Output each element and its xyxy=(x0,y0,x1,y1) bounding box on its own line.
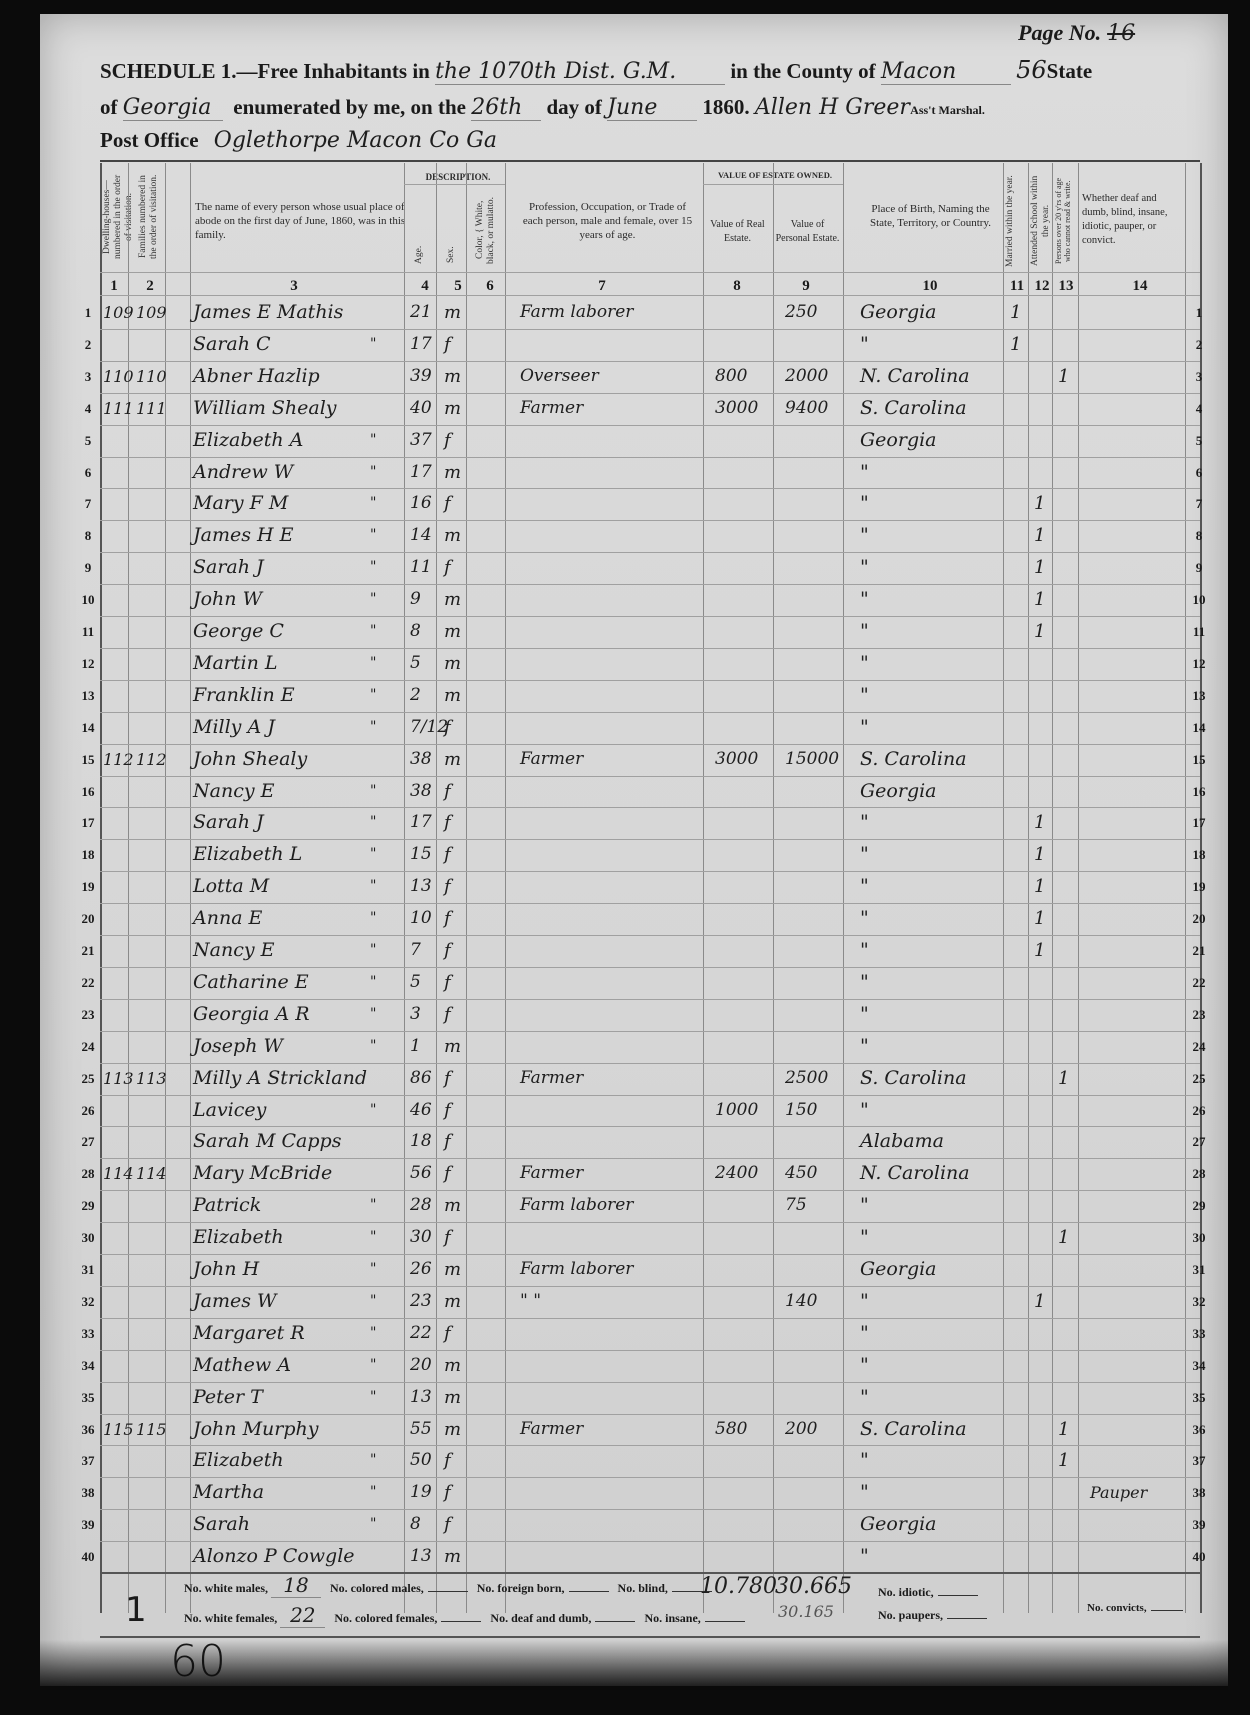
table-row: 2727Sarah M Capps18fAlabama xyxy=(100,1126,1200,1157)
line-number-left: 35 xyxy=(76,1382,100,1413)
table-row: 3939Sarah"8fGeorgia xyxy=(100,1509,1200,1540)
occupation: Farm laborer xyxy=(520,297,633,328)
line-number-left: 38 xyxy=(76,1477,100,1508)
age: 46 xyxy=(410,1095,432,1126)
age: 14 xyxy=(410,520,432,551)
person-name: William Shealy xyxy=(193,393,337,424)
table-row: 1313Franklin E"2m" xyxy=(100,680,1200,711)
line-number-left: 23 xyxy=(76,999,100,1030)
birthplace: " xyxy=(860,807,869,838)
surname-ditto: " xyxy=(370,680,376,711)
age: 2 xyxy=(410,680,421,711)
age: 5 xyxy=(410,967,421,998)
line-number-left: 4 xyxy=(76,393,100,424)
birthplace: " xyxy=(860,1445,869,1476)
birthplace: " xyxy=(860,616,869,647)
age: 37 xyxy=(410,425,432,456)
attended-school: 1 xyxy=(1034,584,1045,615)
line-number-left: 10 xyxy=(76,584,100,615)
line-number-left: 29 xyxy=(76,1190,100,1221)
total-personal-estate: 30.665 xyxy=(775,1574,852,1599)
header-rule xyxy=(100,160,1200,162)
line-number-right: 17 xyxy=(1187,807,1211,838)
col-14-header: Whether deaf and dumb, blind, insane, id… xyxy=(1082,192,1182,248)
age: 7/12 xyxy=(410,712,448,743)
surname-ditto: " xyxy=(370,776,376,807)
grid-hline xyxy=(703,184,843,185)
post-office-field: Oglethorpe Macon Co Ga xyxy=(214,128,497,153)
line-number-right: 7 xyxy=(1187,488,1211,519)
occupation: Farmer xyxy=(520,744,583,775)
table-row: 1717Sarah J"17f"1 xyxy=(100,807,1200,838)
surname-ditto: " xyxy=(370,520,376,551)
birthplace: " xyxy=(860,1286,869,1317)
col-12-header: Attended School within the year. xyxy=(1030,172,1052,270)
person-name: Catharine E xyxy=(193,967,309,998)
col-3-header: The name of every person whose usual pla… xyxy=(195,200,410,242)
line-number-left: 11 xyxy=(76,616,100,647)
surname-ditto: " xyxy=(370,1509,376,1540)
dwelling-number: 111 xyxy=(103,393,134,424)
line-number-right: 10 xyxy=(1187,584,1211,615)
cannot-read-write: 1 xyxy=(1058,1445,1069,1476)
real-estate-value: 3000 xyxy=(715,393,758,424)
page-number-struck: 16 xyxy=(1107,21,1135,46)
line-number-left: 14 xyxy=(76,712,100,743)
surname-ditto: " xyxy=(370,616,376,647)
table-row: 1919Lotta M"13f"1 xyxy=(100,871,1200,902)
line-number-left: 21 xyxy=(76,935,100,966)
line-number-left: 30 xyxy=(76,1222,100,1253)
table-row: 88James H E"14m"1 xyxy=(100,520,1200,551)
occupation: Farm laborer xyxy=(520,1190,633,1221)
col-1-header: Dwelling-houses—numbered in the order of… xyxy=(102,172,128,262)
white-females-count: 22 xyxy=(280,1603,325,1628)
dwelling-number: 112 xyxy=(103,744,134,775)
age: 22 xyxy=(410,1318,432,1349)
personal-estate-value: 140 xyxy=(785,1286,817,1317)
birthplace: S. Carolina xyxy=(860,1414,967,1445)
real-estate-value: 800 xyxy=(715,361,747,392)
birthplace: " xyxy=(860,520,869,551)
dwelling-number: 114 xyxy=(103,1158,134,1189)
line-number-right: 15 xyxy=(1187,744,1211,775)
real-estate-value: 580 xyxy=(715,1414,747,1445)
person-name: Sarah xyxy=(193,1509,250,1540)
line-number-right: 16 xyxy=(1187,776,1211,807)
age: 39 xyxy=(410,361,432,392)
cannot-read-write: 1 xyxy=(1058,1414,1069,1445)
surname-ditto: " xyxy=(370,999,376,1030)
table-row: 2929Patrick"28mFarm laborer75" xyxy=(100,1190,1200,1221)
table-row: 3838Martha"19f"Pauper xyxy=(100,1477,1200,1508)
line-number-right: 1 xyxy=(1187,297,1211,328)
sex: m xyxy=(444,361,461,392)
col-9-header: Value of Personal Estate. xyxy=(775,218,840,246)
surname-ditto: " xyxy=(370,552,376,583)
line-number-left: 37 xyxy=(76,1445,100,1476)
table-row: 1010John W"9m"1 xyxy=(100,584,1200,615)
table-row: 1414Milly A J"7/12f" xyxy=(100,712,1200,743)
person-name: James E Mathis xyxy=(193,297,343,328)
personal-estate-value: 200 xyxy=(785,1414,817,1445)
page-number: Page No.16 xyxy=(1018,20,1135,46)
birthplace: " xyxy=(860,839,869,870)
age: 17 xyxy=(410,329,432,360)
line-number-left: 33 xyxy=(76,1318,100,1349)
attended-school: 1 xyxy=(1034,839,1045,870)
birthplace: " xyxy=(860,871,869,902)
total-real-estate: 10.780 xyxy=(700,1574,777,1599)
line-number-right: 5 xyxy=(1187,425,1211,456)
person-name: John W xyxy=(193,584,262,615)
personal-estate-value: 15000 xyxy=(785,744,839,775)
line-number-left: 20 xyxy=(76,903,100,934)
sex: f xyxy=(444,871,451,902)
attended-school: 1 xyxy=(1034,807,1045,838)
personal-estate-value: 150 xyxy=(785,1095,817,1126)
person-name: Anna E xyxy=(193,903,262,934)
personal-estate-value: 9400 xyxy=(785,393,828,424)
table-row: 3131John H"26mFarm laborerGeorgia xyxy=(100,1254,1200,1285)
age: 18 xyxy=(410,1126,432,1157)
sex: f xyxy=(444,999,451,1030)
person-name: Franklin E xyxy=(193,680,295,711)
family-number: 111 xyxy=(136,393,167,424)
line-number-left: 2 xyxy=(76,329,100,360)
age: 16 xyxy=(410,488,432,519)
personal-estate-correction: 30.165 xyxy=(778,1602,834,1621)
tally-mark: 1 xyxy=(125,1590,147,1630)
line-number-right: 21 xyxy=(1187,935,1211,966)
surname-ditto: " xyxy=(370,1190,376,1221)
age: 21 xyxy=(410,297,432,328)
surname-ditto: " xyxy=(370,903,376,934)
age: 40 xyxy=(410,393,432,424)
surname-ditto: " xyxy=(370,648,376,679)
attended-school: 1 xyxy=(1034,520,1045,551)
table-row: 2020Anna E"10f"1 xyxy=(100,903,1200,934)
line-number-right: 19 xyxy=(1187,871,1211,902)
sex: f xyxy=(444,1477,451,1508)
occupation: Farmer xyxy=(520,1063,583,1094)
surname-ditto: " xyxy=(370,935,376,966)
sex: m xyxy=(444,1350,461,1381)
summary-row-2: No. white females, 22 No. colored female… xyxy=(184,1603,745,1628)
description-group-header: DESCRIPTION. xyxy=(408,170,508,184)
table-row: 1212Martin L"5m" xyxy=(100,648,1200,679)
col-4-header: Age. xyxy=(414,240,432,270)
family-number: 109 xyxy=(136,297,167,328)
birthplace: S. Carolina xyxy=(860,393,967,424)
birthplace: " xyxy=(860,1318,869,1349)
sex: f xyxy=(444,1158,451,1189)
line-number-left: 1 xyxy=(76,297,100,328)
sex: f xyxy=(444,329,451,360)
person-name: John H xyxy=(193,1254,259,1285)
line-number-left: 12 xyxy=(76,648,100,679)
birthplace: " xyxy=(860,903,869,934)
family-number: 110 xyxy=(136,361,167,392)
surname-ditto: " xyxy=(370,1286,376,1317)
occupation: Farmer xyxy=(520,1414,583,1445)
age: 1 xyxy=(410,1031,421,1062)
birthplace: " xyxy=(860,935,869,966)
attended-school: 1 xyxy=(1034,552,1045,583)
birthplace: " xyxy=(860,1541,869,1572)
line-number-left: 19 xyxy=(76,871,100,902)
person-name: Elizabeth xyxy=(193,1222,284,1253)
age: 20 xyxy=(410,1350,432,1381)
col-5-header: Sex. xyxy=(446,240,464,270)
convicts-count: No. convicts, xyxy=(1087,1602,1183,1614)
birthplace: " xyxy=(860,680,869,711)
line-number-left: 26 xyxy=(76,1095,100,1126)
col-7-header: Profession, Occupation, or Trade of each… xyxy=(520,200,695,242)
person-name: Milly A J xyxy=(193,712,275,743)
person-name: Mathew A xyxy=(193,1350,291,1381)
person-name: Milly A Strickland xyxy=(193,1063,367,1094)
line-number-left: 16 xyxy=(76,776,100,807)
table-row: 1515112112John Shealy38mFarmer300015000S… xyxy=(100,744,1200,775)
sex: m xyxy=(444,1382,461,1413)
sex: m xyxy=(444,744,461,775)
line-number-right: 31 xyxy=(1187,1254,1211,1285)
personal-estate-value: 250 xyxy=(785,297,817,328)
sex: f xyxy=(444,776,451,807)
line-number-right: 9 xyxy=(1187,552,1211,583)
surname-ditto: " xyxy=(370,1477,376,1508)
age: 19 xyxy=(410,1477,432,1508)
line-number-right: 23 xyxy=(1187,999,1211,1030)
person-name: John Murphy xyxy=(193,1414,318,1445)
age: 13 xyxy=(410,1382,432,1413)
occupation: Farmer xyxy=(520,393,583,424)
occupation: Farm laborer xyxy=(520,1254,633,1285)
sex: f xyxy=(444,1095,451,1126)
cannot-read-write: 1 xyxy=(1058,1063,1069,1094)
table-row: 3434Mathew A"20m" xyxy=(100,1350,1200,1381)
sex: m xyxy=(444,1254,461,1285)
sex: f xyxy=(444,935,451,966)
line-number-right: 30 xyxy=(1187,1222,1211,1253)
line-number-left: 17 xyxy=(76,807,100,838)
birthplace: " xyxy=(860,712,869,743)
birthplace: S. Carolina xyxy=(860,1063,967,1094)
birthplace: " xyxy=(860,329,869,360)
line-number-left: 7 xyxy=(76,488,100,519)
age: 17 xyxy=(410,807,432,838)
person-name: Lotta M xyxy=(193,871,269,902)
attended-school: 1 xyxy=(1034,935,1045,966)
line-number-left: 5 xyxy=(76,425,100,456)
age: 23 xyxy=(410,1286,432,1317)
cannot-read-write: 1 xyxy=(1058,361,1069,392)
enumeration-line: of Georgia enumerated by me, on the 26th… xyxy=(100,95,985,121)
table-row: 2828114114Mary McBride56fFarmer2400450N.… xyxy=(100,1158,1200,1189)
sex: f xyxy=(444,1222,451,1253)
line-number-left: 32 xyxy=(76,1286,100,1317)
age: 30 xyxy=(410,1222,432,1253)
line-number-right: 14 xyxy=(1187,712,1211,743)
birthplace: " xyxy=(860,1031,869,1062)
col-8-header: Value of Real Estate. xyxy=(705,218,770,246)
birthplace: N. Carolina xyxy=(860,1158,970,1189)
line-number-right: 33 xyxy=(1187,1318,1211,1349)
person-name: Martin L xyxy=(193,648,277,679)
occupation: " " xyxy=(520,1286,541,1317)
family-number: 115 xyxy=(136,1414,167,1445)
line-number-right: 40 xyxy=(1187,1541,1211,1572)
age: 56 xyxy=(410,1158,432,1189)
personal-estate-value: 75 xyxy=(785,1190,807,1221)
sex: m xyxy=(444,1414,461,1445)
sex: m xyxy=(444,297,461,328)
age: 9 xyxy=(410,584,421,615)
surname-ditto: " xyxy=(370,1095,376,1126)
grid-hline xyxy=(100,295,1200,296)
birthplace: " xyxy=(860,999,869,1030)
person-name: Mary McBride xyxy=(193,1158,332,1189)
line-number-left: 24 xyxy=(76,1031,100,1062)
sex: m xyxy=(444,1541,461,1572)
age: 8 xyxy=(410,616,421,647)
line-number-right: 35 xyxy=(1187,1382,1211,1413)
line-number-right: 6 xyxy=(1187,457,1211,488)
surname-ditto: " xyxy=(370,807,376,838)
person-name: Peter T xyxy=(193,1382,263,1413)
birthplace: Georgia xyxy=(860,297,937,328)
person-name: James W xyxy=(193,1286,277,1317)
age: 7 xyxy=(410,935,421,966)
surname-ditto: " xyxy=(370,1350,376,1381)
age: 28 xyxy=(410,1190,432,1221)
grid-hline xyxy=(404,184,505,185)
table-row: 1111George C"8m"1 xyxy=(100,616,1200,647)
line-number-right: 28 xyxy=(1187,1158,1211,1189)
line-number-right: 20 xyxy=(1187,903,1211,934)
line-number-right: 4 xyxy=(1187,393,1211,424)
line-number-left: 39 xyxy=(76,1509,100,1540)
line-number-right: 3 xyxy=(1187,361,1211,392)
estate-group-header: VALUE OF ESTATE OWNED. xyxy=(705,168,845,182)
attended-school: 1 xyxy=(1034,871,1045,902)
surname-ditto: " xyxy=(370,1254,376,1285)
person-name: Martha xyxy=(193,1477,264,1508)
person-name: Sarah C xyxy=(193,329,271,360)
attended-school: 1 xyxy=(1034,616,1045,647)
dwelling-number: 115 xyxy=(103,1414,134,1445)
sex: f xyxy=(444,1509,451,1540)
sex: f xyxy=(444,1318,451,1349)
line-number-left: 13 xyxy=(76,680,100,711)
line-number-left: 40 xyxy=(76,1541,100,1572)
line-number-right: 25 xyxy=(1187,1063,1211,1094)
surname-ditto: " xyxy=(370,329,376,360)
attended-school: 1 xyxy=(1034,903,1045,934)
person-name: Sarah J xyxy=(193,807,264,838)
table-row: 2525113113Milly A Strickland86fFarmer250… xyxy=(100,1063,1200,1094)
birthplace: Alabama xyxy=(860,1126,944,1157)
cannot-read-write: 1 xyxy=(1058,1222,1069,1253)
sex: m xyxy=(444,616,461,647)
county-field: Macon xyxy=(881,59,1011,85)
sex: m xyxy=(444,1286,461,1317)
footer-bottom-rule xyxy=(100,1636,1200,1638)
table-row: 55Elizabeth A"37fGeorgia xyxy=(100,425,1200,456)
table-row: 3232James W"23m" "140"1 xyxy=(100,1286,1200,1317)
table-row: 44111111William Shealy40mFarmer30009400S… xyxy=(100,393,1200,424)
personal-estate-value: 2000 xyxy=(785,361,828,392)
birthplace: " xyxy=(860,1222,869,1253)
line-number-right: 36 xyxy=(1187,1414,1211,1445)
personal-estate-value: 2500 xyxy=(785,1063,828,1094)
person-name: Sarah J xyxy=(193,552,264,583)
table-row: 99Sarah J"11f"1 xyxy=(100,552,1200,583)
sex: f xyxy=(444,839,451,870)
line-number-left: 15 xyxy=(76,744,100,775)
line-number-left: 25 xyxy=(76,1063,100,1094)
birthplace: " xyxy=(860,1382,869,1413)
line-number-right: 38 xyxy=(1187,1477,1211,1508)
table-row: 2222Catharine E"5f" xyxy=(100,967,1200,998)
birthplace: " xyxy=(860,1095,869,1126)
line-number-right: 24 xyxy=(1187,1031,1211,1062)
post-office-line: Post Office Oglethorpe Macon Co Ga xyxy=(100,128,497,153)
family-number: 114 xyxy=(136,1158,167,1189)
person-name: Mary F M xyxy=(193,488,288,519)
age: 15 xyxy=(410,839,432,870)
sex: m xyxy=(444,393,461,424)
married-within-year: 1 xyxy=(1010,329,1021,360)
surname-ditto: " xyxy=(370,584,376,615)
table-row: 3636115115John Murphy55mFarmer580200S. C… xyxy=(100,1414,1200,1445)
person-name: Abner Hazlip xyxy=(193,361,320,392)
dwelling-number: 110 xyxy=(103,361,134,392)
schedule-title-line: SCHEDULE 1.—Free Inhabitants in the 1070… xyxy=(100,56,1092,85)
attended-school: 1 xyxy=(1034,488,1045,519)
birthplace: Georgia xyxy=(860,1509,937,1540)
line-number-left: 31 xyxy=(76,1254,100,1285)
table-row: 2626Lavicey"46f1000150" xyxy=(100,1095,1200,1126)
age: 5 xyxy=(410,648,421,679)
table-row: 4040Alonzo P Cowgle13m" xyxy=(100,1541,1200,1572)
age: 11 xyxy=(410,552,432,583)
married-within-year: 1 xyxy=(1010,297,1021,328)
line-number-left: 36 xyxy=(76,1414,100,1445)
sex: f xyxy=(444,1126,451,1157)
col-11-header: Married within the year. xyxy=(1005,172,1027,270)
real-estate-value: 3000 xyxy=(715,744,758,775)
person-name: James H E xyxy=(193,520,293,551)
birthplace: Georgia xyxy=(860,776,937,807)
age: 38 xyxy=(410,744,432,775)
birthplace: " xyxy=(860,552,869,583)
sex: f xyxy=(444,1063,451,1094)
birthplace: " xyxy=(860,488,869,519)
sex: f xyxy=(444,903,451,934)
surname-ditto: " xyxy=(370,871,376,902)
birthplace: N. Carolina xyxy=(860,361,970,392)
person-name: Elizabeth A xyxy=(193,425,303,456)
surname-ditto: " xyxy=(370,839,376,870)
line-number-right: 34 xyxy=(1187,1350,1211,1381)
sex: m xyxy=(444,648,461,679)
table-row: 66Andrew W"17m" xyxy=(100,457,1200,488)
line-number-right: 22 xyxy=(1187,967,1211,998)
paupers-count: No. paupers, xyxy=(878,1608,987,1623)
dwelling-number: 113 xyxy=(103,1063,134,1094)
